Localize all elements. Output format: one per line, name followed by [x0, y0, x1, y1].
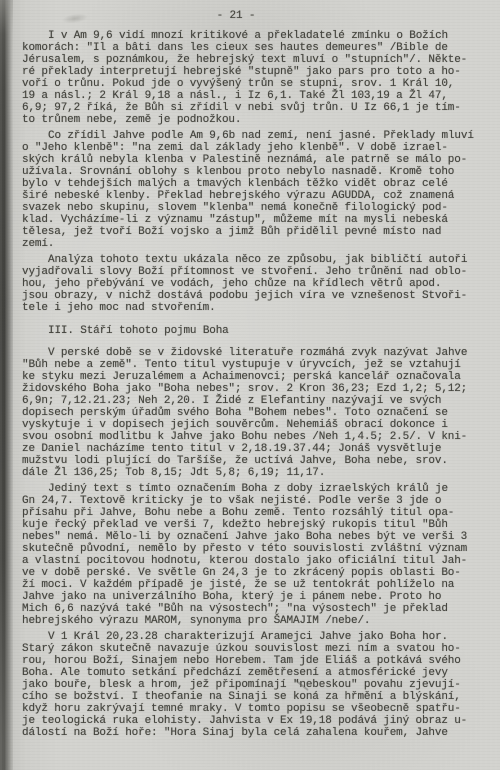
- paragraph: Analýza tohoto textu ukázala něco ze způ…: [22, 254, 480, 314]
- paragraph: V perské době se v židovské literatuře r…: [22, 347, 480, 479]
- text-line: ze Daniel nacházíme tento titul v 2,18.1…: [22, 443, 480, 455]
- page-number: - 21 -: [22, 10, 480, 22]
- text-line: klad. Vycházíme-li z významu "zástup", m…: [22, 214, 480, 226]
- text-line: svou osobní modlitbu k Jahve jako Bohu n…: [22, 431, 480, 443]
- text-line: ží moci. V každém případě je jisté, že s…: [22, 579, 480, 591]
- text-line: Co zřídil Jahve podle Am 9,6b nad zemí, …: [22, 130, 480, 142]
- text-line: Analýza tohoto textu ukázala něco ze způ…: [22, 254, 480, 266]
- text-line: jako bouře, blesk a hrom, jež připomínaj…: [22, 679, 480, 691]
- text-line: Boha. Ale tomuto setkání předchází zemět…: [22, 667, 480, 679]
- text-line: bylo v tehdejších malých a tmavých klenb…: [22, 178, 480, 190]
- text-line: tělesa, jež tvoří Boží vojsko a jimž Bůh…: [22, 226, 480, 238]
- text-line: Gn 24,7. Textově kriticky je to však nej…: [22, 495, 480, 507]
- text-line: ve v době perské. Ve světle Gn 24,3 je t…: [22, 567, 480, 579]
- text-line: skutečně původní, nemělo by přesto v tét…: [22, 543, 480, 555]
- text-line: zemí.: [22, 238, 480, 250]
- binding-edge-tone: [0, 0, 13, 770]
- text-line: vyskytuje i v dopisech jejich souvěrcům.…: [22, 419, 480, 431]
- text-line: Jahve jako na univerzálního Boha, který …: [22, 591, 480, 603]
- text-line: Jediný text s tímto označením Boha z dob…: [22, 483, 480, 495]
- text-line: "Bůh nebe a země". Tento titul vystupuje…: [22, 359, 480, 371]
- paragraph: V 1 Král 20,23.28 charakterizují Aramejc…: [22, 631, 480, 739]
- text-line: přísahu při Jahve, Bohu nebe a Bohu země…: [22, 507, 480, 519]
- text-line: dále Žl 136,25; Tob 8,15; Jdt 5,8; 6,19;…: [22, 467, 480, 479]
- text-line: když horu zakrývají temné mraky. V tomto…: [22, 703, 480, 715]
- text-line: jsou obrazy, v nichž dostává podobu jeji…: [22, 290, 480, 302]
- text-line: rou, horou Boží, Sinajem nebo Horebem. T…: [22, 655, 480, 667]
- text-line: V perské době se v židovské literatuře r…: [22, 347, 480, 359]
- text-line: užívala. Srovnání oblohy s klenbou proto…: [22, 166, 480, 178]
- text-line: tele i jeho moc nad stvořením.: [22, 302, 480, 314]
- text-line: I v Am 9,6 vidí mnozí kritikové a překla…: [22, 30, 480, 42]
- text-line: kuje řecký překlad ve verši 7, kdežto he…: [22, 519, 480, 531]
- text-line: o "Jeho klenbě": "na zemi dal základy je…: [22, 142, 480, 154]
- text-line: hou, jeho přebývání ve vodách, jeho chůz…: [22, 278, 480, 290]
- text-line: dálostí na Boží hoře: "Hora Sinaj byla c…: [22, 727, 480, 739]
- text-line: nebes" nemá. Mělo-li by označení Jahve j…: [22, 531, 480, 543]
- section-heading: III. Stáří tohoto pojmu Boha: [22, 325, 480, 337]
- text-line: vyjadřovali slovy Boží přítomnost ve stv…: [22, 266, 480, 278]
- text-line: je teologická ruka elohisty. Jahvista v …: [22, 715, 480, 727]
- text-line: ke styku mezi Jeruzalémem a Achaimenovci…: [22, 371, 480, 383]
- text-line: dopisech perským úřadům svého Boha "Bohe…: [22, 407, 480, 419]
- document-page: - 21 - I v Am 9,6 vidí mnozí kritikové a…: [22, 10, 480, 743]
- paragraph: Jediný text s tímto označením Boha z dob…: [22, 483, 480, 627]
- text-line: to trůnem nebe, země je podnožkou.: [22, 114, 480, 126]
- text-line: židovského Boha jako "Boha nebes"; srov.…: [22, 383, 480, 395]
- text-line: cího se božství. I theofanie na Sinaji s…: [22, 691, 480, 703]
- text-line: 6,9n; 7,12.21.23; Neh 2,20. I Židé z Ele…: [22, 395, 480, 407]
- text-line: Jérusalem, s poznámkou, že hebrejský tex…: [22, 54, 480, 66]
- text-line: 19 a násl.; 2 Král 9,18 a násl., i Iz 6,…: [22, 90, 480, 102]
- text-line: a vlastní pocitovou hodnotu, kterou dost…: [22, 555, 480, 567]
- text-line: ských králů nebyla klenba v Palestině ne…: [22, 154, 480, 166]
- text-line: voří o trůnu. Pokud jde o vyvýšený trůn …: [22, 78, 480, 90]
- text-line: širé nebeské klenby. Překlad hebrejského…: [22, 190, 480, 202]
- paragraph: I v Am 9,6 vidí mnozí kritikové a překla…: [22, 30, 480, 126]
- paragraph: Co zřídil Jahve podle Am 9,6b nad zemí, …: [22, 130, 480, 250]
- text-line: svazek nebo skupinu, slovem "klenba" nem…: [22, 202, 480, 214]
- text-line: V 1 Král 20,23.28 charakterizují Aramejc…: [22, 631, 480, 643]
- text-line: 6,9; 97,2 říká, že Bůh si zřídil v nebi …: [22, 102, 480, 114]
- text-line: hebrejského výrazu MAROM, synonyma pro Š…: [22, 615, 480, 627]
- text-line: ré překlady interpretují hebrejské "stup…: [22, 66, 480, 78]
- text-line: Starý zákon skutečně navazuje úzkou souv…: [22, 643, 480, 655]
- page-body: I v Am 9,6 vidí mnozí kritikové a překla…: [22, 30, 480, 739]
- text-line: Mich 6,6 nazývá také "Bůh na výsostech";…: [22, 603, 480, 615]
- text-line: komorách: "Il a bâti dans les cieux ses …: [22, 42, 480, 54]
- text-line: mužstvu lodi plující do Taršíše, že uctí…: [22, 455, 480, 467]
